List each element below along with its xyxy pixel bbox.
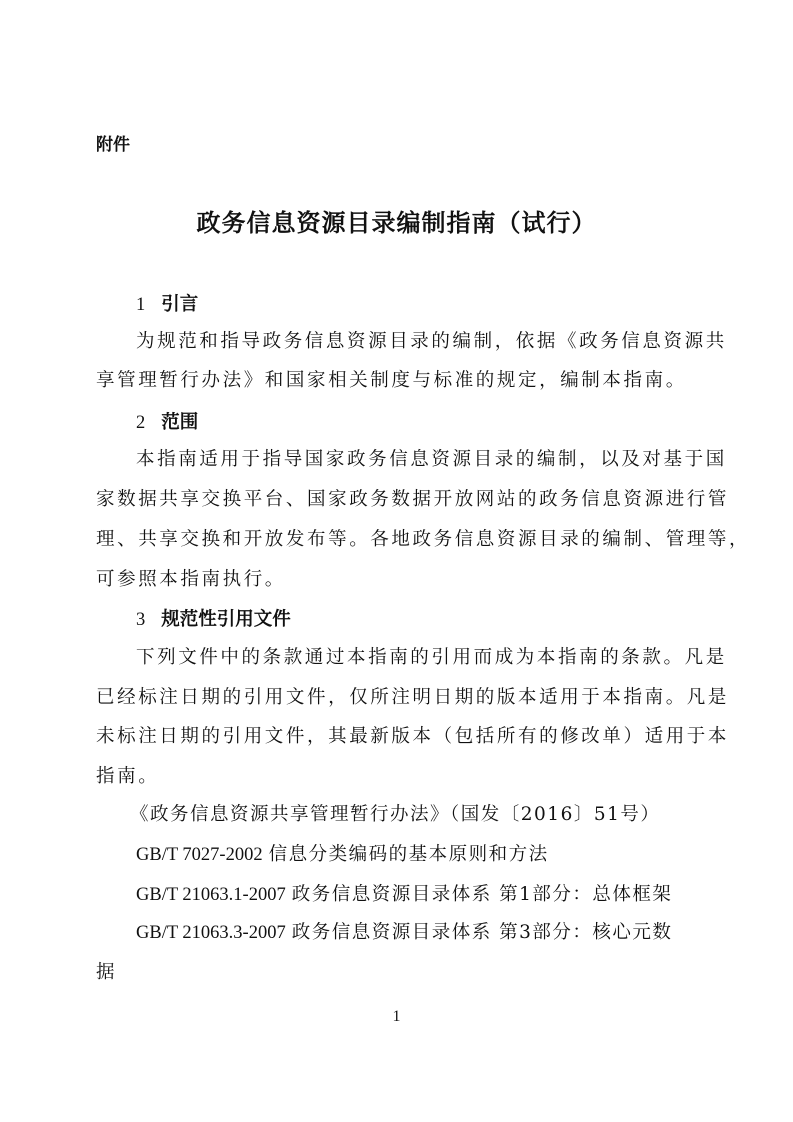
reference-text: 信息分类编码的基本原则和方法 (269, 844, 549, 865)
page-number: 1 (0, 1008, 793, 1026)
section-title: 规范性引用文件 (161, 609, 291, 630)
section-number: 2 (136, 413, 145, 433)
reference-code: GB/T 21063.1-2007 (136, 885, 286, 905)
reference-text: 《政务信息资源共享管理暂行办法》（国发〔2016〕51号） (130, 804, 660, 825)
reference-continuation: 据 (96, 958, 700, 984)
section-title: 引言 (161, 294, 198, 315)
section-number: 1 (136, 295, 145, 315)
reference-code: GB/T 21063.3-2007 (136, 923, 286, 943)
paragraph-line: 家数据共享交换平台、国家政务数据开放网站的政务信息资源进行管 (96, 485, 700, 511)
paragraph-line: 未标注日期的引用文件，其最新版本（包括所有的修改单）适用于本 (96, 722, 700, 748)
paragraph-line: 理、共享交换和开放发布等。各地政务信息资源目录的编制、管理等， (96, 525, 700, 551)
reference-text: 政务信息资源目录体系 第3部分：核心元数 (292, 922, 673, 943)
paragraph-line: 本指南适用于指导国家政务信息资源目录的编制，以及对基于国 (136, 445, 700, 471)
paragraph-line: 可参照本指南执行。 (96, 565, 700, 591)
section-heading-1: 1引言 (136, 290, 198, 316)
reference-item: GB/T 21063.3-2007政务信息资源目录体系 第3部分：核心元数 (136, 918, 672, 944)
document-title: 政务信息资源目录编制指南（试行） (0, 203, 793, 238)
paragraph-line: 享管理暂行办法》和国家相关制度与标准的规定，编制本指南。 (96, 366, 700, 392)
reference-item: 《政务信息资源共享管理暂行办法》（国发〔2016〕51号） (130, 800, 660, 826)
document-page: 附件 政务信息资源目录编制指南（试行） 1引言 为规范和指导政务信息资源目录的编… (0, 0, 793, 1122)
paragraph-line: 下列文件中的条款通过本指南的引用而成为本指南的条款。凡是 (136, 643, 700, 669)
reference-code: GB/T 7027-2002 (136, 845, 263, 865)
paragraph-line: 指南。 (96, 762, 700, 788)
reference-text: 政务信息资源目录体系 第1部分：总体框架 (292, 884, 673, 905)
section-heading-3: 3规范性引用文件 (136, 605, 291, 631)
section-heading-2: 2范围 (136, 408, 198, 434)
reference-item: GB/T 7027-2002信息分类编码的基本原则和方法 (136, 840, 549, 866)
reference-item: GB/T 21063.1-2007政务信息资源目录体系 第1部分：总体框架 (136, 880, 672, 906)
section-number: 3 (136, 610, 145, 630)
paragraph-line: 已经标注日期的引用文件，仅所注明日期的版本适用于本指南。凡是 (96, 683, 700, 709)
section-title: 范围 (161, 412, 198, 433)
paragraph-line: 为规范和指导政务信息资源目录的编制，依据《政务信息资源共 (136, 327, 700, 353)
attachment-label: 附件 (96, 130, 130, 155)
